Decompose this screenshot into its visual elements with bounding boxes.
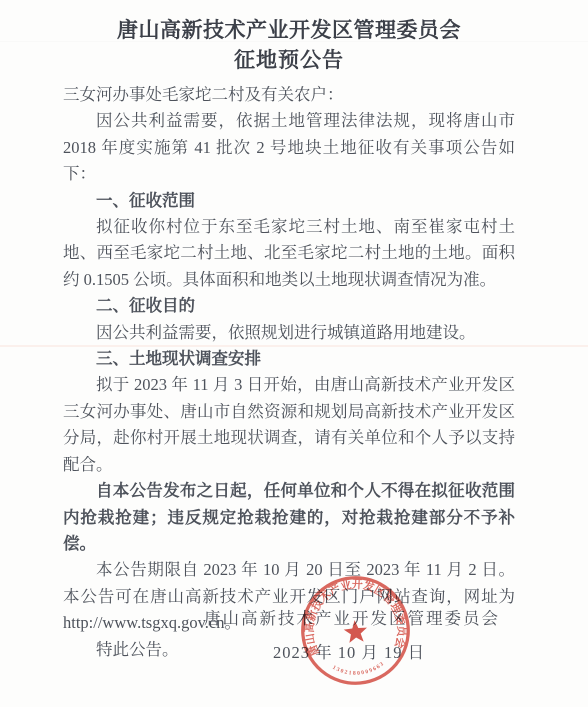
paragraph-scope: 拟征收你村位于东至毛家坨三村土地、南至崔家屯村土地、西至毛家坨二村土地、北至毛家… [63, 214, 515, 293]
paragraph-intro: 因公共利益需要，依据土地管理法律法规，现将唐山市 2018 年度实施第 41 批… [63, 108, 515, 187]
paragraph-purpose: 因公共利益需要，依照规划进行城镇道路用地建设。 [63, 320, 515, 346]
document-content: 唐山高新技术产业开发区管理委员会 征地预公告 三女河办事处毛家坨二村及有关农户：… [0, 0, 588, 663]
seal-star-icon [343, 619, 368, 643]
seal-ring-text: 唐山高新技术产业开发区管理委员会 [297, 572, 411, 659]
document-page: 唐山高新技术产业开发区管理委员会 征地预公告 三女河办事处毛家坨二村及有关农户：… [0, 0, 588, 707]
document-subtitle: 征地预公告 [63, 45, 515, 75]
official-seal: 唐山高新技术产业开发区管理委员会 1302180009663 [294, 569, 416, 691]
paragraph-prohibition: 自本公告发布之日起，任何单位和个人不得在拟征收范围内抢栽抢建；违反规定抢栽抢建的… [63, 478, 515, 557]
section-heading-survey: 三、土地现状调查安排 [63, 346, 515, 372]
paragraph-survey: 拟于 2023 年 11 月 3 日开始，由唐山高新技术产业开发区三女河办事处、… [63, 372, 515, 478]
salutation: 三女河办事处毛家坨二村及有关农户： [63, 82, 515, 108]
section-heading-purpose: 二、征收目的 [63, 293, 515, 319]
section-heading-scope: 一、征收范围 [63, 188, 515, 214]
document-body: 三女河办事处毛家坨二村及有关农户： 因公共利益需要，依据土地管理法律法规，现将唐… [63, 82, 515, 663]
scan-artifact [0, 41, 588, 42]
scan-artifact [0, 345, 588, 347]
